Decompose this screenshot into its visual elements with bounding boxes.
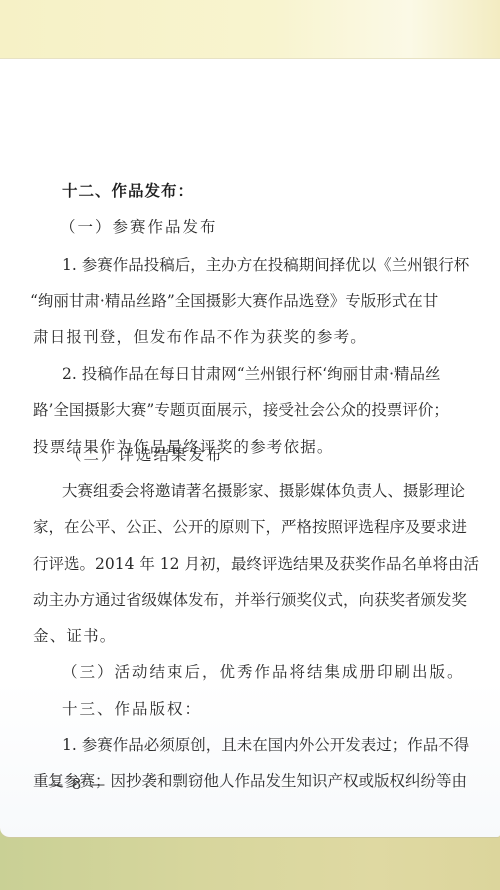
paragraph-line: 路’全国摄影大赛”专题页面展示，接受社会公众的投票评价；	[33, 400, 438, 420]
section-heading-12: 十二、作品发布：	[62, 181, 194, 201]
background-top	[0, 0, 500, 62]
background-bottom	[0, 830, 500, 890]
subsection-title-2: （二）评选结果发布	[66, 445, 224, 465]
paragraph-line: 1. 参赛作品投稿后，主办方在投稿期间择优以《兰州银行杯	[62, 255, 438, 275]
document-page: 十二、作品发布： （一）参赛作品发布 1. 参赛作品投稿后，主办方在投稿期间择优…	[0, 58, 500, 838]
paragraph-line: 行评选。2014 年 12 月初，最终评选结果及获奖作品名单将由活	[33, 554, 438, 574]
paragraph-line: 肃日报刊登，但发布作品不作为获奖的参考。	[33, 327, 367, 347]
section-heading-13: 十三、作品版权：	[62, 699, 202, 719]
subsection-title-3: （三）活动结束后，优秀作品将结集成册印刷出版。	[62, 662, 465, 682]
paragraph-line: 大赛组委会将邀请著名摄影家、摄影媒体负责人、摄影理论	[62, 481, 438, 501]
paragraph-line: 1. 参赛作品必须原创，且未在国内外公开发表过；作品不得	[62, 735, 438, 755]
paragraph-line: 2. 投稿作品在每日甘肃网“兰州银行杯‘绚丽甘肃·精品丝	[62, 364, 438, 384]
subsection-title-1: （一）参赛作品发布	[60, 217, 218, 237]
paragraph-line: 家，在公平、公正、公开的原则下，严格按照评选程序及要求进	[33, 517, 438, 537]
paragraph-line: 动主办方通过省级媒体发布，并举行颁奖仪式，向获奖者颁发奖	[33, 590, 438, 610]
paragraph-line: 金、证书。	[33, 626, 117, 646]
page-number: — 8 —	[48, 775, 107, 793]
paragraph-line: “绚丽甘肃·精品丝路”全国摄影大赛作品选登》专版形式在甘	[30, 291, 438, 311]
